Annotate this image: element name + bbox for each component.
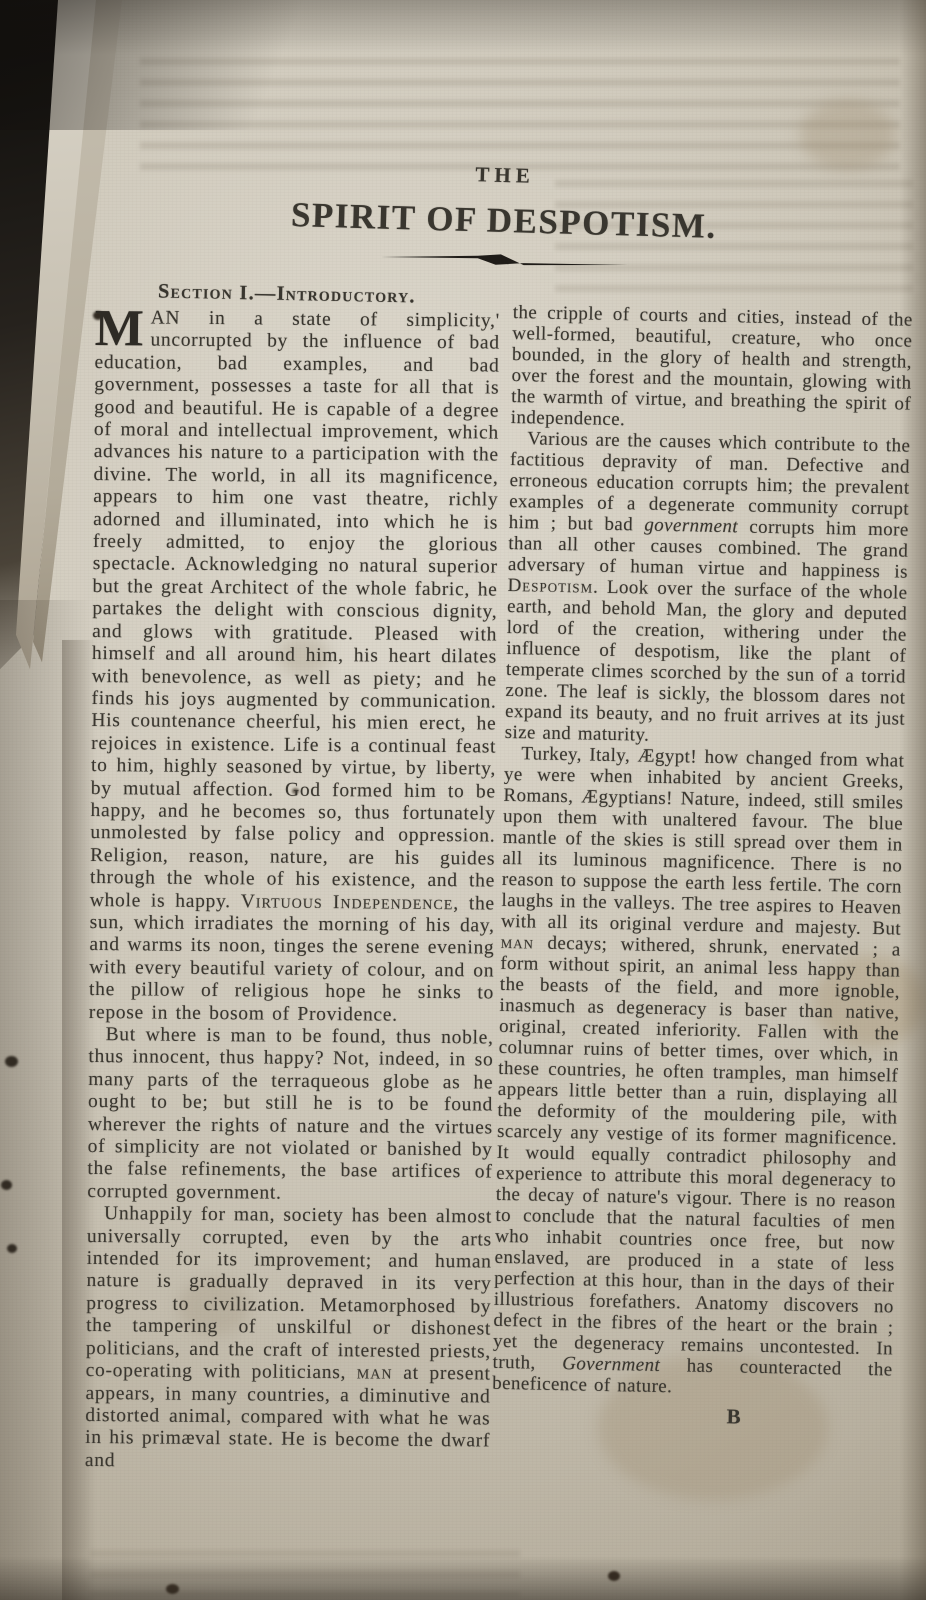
paragraph-right-3: Turkey, Italy, Ægypt! how changed from w… xyxy=(492,743,904,1402)
paragraph-right-1: the cripple of courts and cities, instea… xyxy=(511,302,913,436)
paragraph-left-2: But where is man to be found, thus noble… xyxy=(87,1024,494,1207)
paragraph-left-3: Unhappily for man, society has been almo… xyxy=(85,1203,492,1475)
column-left: MAN in a state of simplicity,' uncorrupt… xyxy=(85,307,500,1476)
printed-page-content: THE SPIRIT OF DESPOTISM. Section I.—Intr… xyxy=(0,0,926,1600)
signature-mark: B xyxy=(491,1402,891,1431)
swelled-rule-ornament xyxy=(378,249,628,270)
page-header: THE SPIRIT OF DESPOTISM. xyxy=(94,152,915,279)
book-page: THE SPIRIT OF DESPOTISM. Section I.—Intr… xyxy=(0,0,926,1600)
column-right: the cripple of courts and cities, instea… xyxy=(491,302,913,1480)
book-photo: THE SPIRIT OF DESPOTISM. Section I.—Intr… xyxy=(0,0,926,1600)
page-crease xyxy=(62,640,110,1600)
paragraph-left-1: MAN in a state of simplicity,' uncorrupt… xyxy=(89,307,500,1028)
page-title: SPIRIT OF DESPOTISM. xyxy=(94,190,913,253)
section-heading: Section I.—Introductory. xyxy=(158,281,416,309)
text-columns: MAN in a state of simplicity,' uncorrupt… xyxy=(95,307,915,1472)
paragraph-right-2: Various are the causes which contribute … xyxy=(505,428,911,751)
